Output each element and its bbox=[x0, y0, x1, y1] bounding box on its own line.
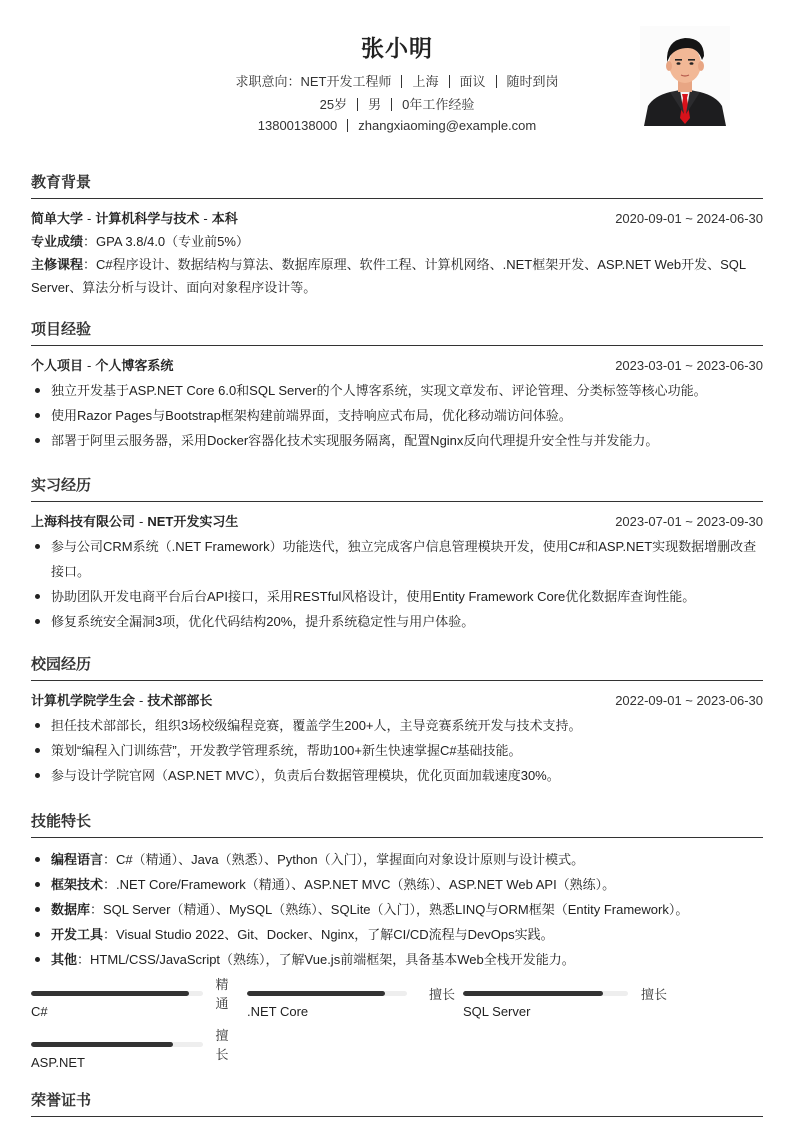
entry-header: 上海科技有限公司-NET开发实习生 2023-07-01 ~ 2023-09-3… bbox=[31, 512, 763, 532]
section-projects: 项目经验 个人项目-个人博客系统 2023-03-01 ~ 2023-06-30… bbox=[31, 319, 763, 453]
entry-header: 个人项目-个人博客系统 2023-03-01 ~ 2023-06-30 bbox=[31, 356, 763, 376]
divider bbox=[357, 98, 358, 111]
skill-name: ASP.NET bbox=[31, 1055, 241, 1070]
skill-text: ：Visual Studio 2022、Git、Docker、Nginx，了解C… bbox=[103, 927, 554, 942]
list-item: 参与公司CRM系统（.NET Framework）功能迭代，独立完成客户信息管理… bbox=[31, 534, 763, 584]
entry-header: 计算机学院学生会-技术部部长 2022-09-01 ~ 2023-06-30 bbox=[31, 691, 763, 711]
skill-fill bbox=[31, 991, 189, 996]
age: 25岁 bbox=[320, 97, 347, 112]
entry-date: 2020-09-01 ~ 2024-06-30 bbox=[615, 209, 763, 229]
skill-item: 数据库：SQL Server（精通）、MySQL（熟练）、SQLite（入门），… bbox=[31, 897, 763, 922]
skill-level: 擅长 bbox=[429, 984, 455, 1003]
bullet-list: 参与公司CRM系统（.NET Framework）功能迭代，独立完成客户信息管理… bbox=[31, 534, 763, 634]
divider bbox=[449, 75, 450, 88]
skill-text: ：.NET Core/Framework（精通）、ASP.NET MVC（熟练）… bbox=[103, 877, 615, 892]
salary: 面议 bbox=[460, 74, 486, 89]
entry-title: 计算机学院学生会-技术部部长 bbox=[31, 691, 212, 711]
entry-org: 计算机学院学生会 bbox=[31, 693, 135, 708]
divider bbox=[347, 119, 348, 132]
skill-item: 框架技术：.NET Core/Framework（精通）、ASP.NET MVC… bbox=[31, 872, 763, 897]
skill-item: 其他：HTML/CSS/JavaScript（熟练），了解Vue.js前端框架，… bbox=[31, 947, 763, 972]
major: 计算机科学与技术 bbox=[95, 211, 199, 226]
skill-text: ：C#（精通）、Java（熟悉）、Python（入门），掌握面向对象设计原则与设… bbox=[103, 852, 584, 867]
skill-label: 编程语言 bbox=[51, 852, 103, 867]
entry-role: 技术部部长 bbox=[147, 693, 212, 708]
skill-bar-csharp: 精通 C# bbox=[31, 985, 241, 1027]
entry-title: 上海科技有限公司-NET开发实习生 bbox=[31, 512, 238, 532]
separator: - bbox=[139, 693, 143, 708]
entry-header: 简单大学-计算机科学与技术-本科 2020-09-01 ~ 2024-06-30 bbox=[31, 209, 763, 229]
resume-page: 张小明 求职意向：NET开发工程师上海面议随时到岗 25岁男0年工作经验 138… bbox=[0, 0, 794, 1123]
school-name: 简单大学 bbox=[31, 211, 83, 226]
list-item: 部署于阿里云服务器，采用Docker容器化技术实现服务隔离，配置Nginx反向代… bbox=[31, 428, 763, 453]
skill-track bbox=[463, 991, 628, 996]
skill-bar-dotnet-core: 擅长 .NET Core bbox=[247, 985, 457, 1027]
divider bbox=[391, 98, 392, 111]
skill-level: 精通 bbox=[216, 974, 242, 1012]
skill-label: 数据库 bbox=[51, 902, 90, 917]
list-item: 协助团队开发电商平台后台API接口，采用RESTful风格设计，使用Entity… bbox=[31, 584, 763, 609]
avatar-illustration bbox=[640, 26, 730, 126]
degree: 本科 bbox=[212, 211, 238, 226]
entry-title: 个人项目-个人博客系统 bbox=[31, 356, 173, 376]
section-title: 校园经历 bbox=[31, 654, 763, 681]
work-experience: 0年工作经验 bbox=[402, 97, 474, 112]
skill-name: C# bbox=[31, 1004, 241, 1019]
section-skills: 技能特长 编程语言：C#（精通）、Java（熟悉）、Python（入门），掌握面… bbox=[31, 811, 763, 972]
skill-item: 编程语言：C#（精通）、Java（熟悉）、Python（入门），掌握面向对象设计… bbox=[31, 847, 763, 872]
section-honors: 荣誉证书 bbox=[31, 1090, 763, 1117]
email: zhangxiaoming@example.com bbox=[358, 118, 536, 133]
profile-photo bbox=[640, 26, 730, 126]
resume-header: 张小明 求职意向：NET开发工程师上海面议随时到岗 25岁男0年工作经验 138… bbox=[31, 0, 763, 160]
entry-date: 2023-07-01 ~ 2023-09-30 bbox=[615, 512, 763, 532]
separator: - bbox=[203, 211, 207, 226]
skill-fill bbox=[31, 1042, 173, 1047]
skill-text: ：SQL Server（精通）、MySQL（熟练）、SQLite（入门），熟悉L… bbox=[90, 902, 688, 917]
skill-text: ：HTML/CSS/JavaScript（熟练），了解Vue.js前端框架，具备… bbox=[77, 952, 575, 967]
separator: - bbox=[139, 514, 143, 529]
divider bbox=[496, 75, 497, 88]
section-title: 技能特长 bbox=[31, 811, 763, 838]
gpa-value: ：GPA 3.8/4.0（专业前5%） bbox=[83, 234, 249, 249]
skill-name: SQL Server bbox=[463, 1004, 673, 1019]
entry-date: 2023-03-01 ~ 2023-06-30 bbox=[615, 356, 763, 376]
courses-label: 主修课程 bbox=[31, 257, 83, 272]
list-item: 独立开发基于ASP.NET Core 6.0和SQL Server的个人博客系统… bbox=[31, 378, 763, 403]
bullet-list: 担任技术部部长，组织3场校级编程竞赛，覆盖学生200+人，主导竞赛系统开发与技术… bbox=[31, 713, 763, 788]
entry-role: NET开发实习生 bbox=[147, 514, 238, 529]
courses-value: ：C#程序设计、数据结构与算法、数据库原理、软件工程、计算机网络、.NET框架开… bbox=[31, 257, 746, 295]
list-item: 使用Razor Pages与Bootstrap框架构建前端界面，支持响应式布局，… bbox=[31, 403, 763, 428]
gpa-line: 专业成绩：GPA 3.8/4.0（专业前5%） bbox=[31, 230, 763, 253]
skill-item: 开发工具：Visual Studio 2022、Git、Docker、Nginx… bbox=[31, 922, 763, 947]
skill-bar-aspnet: 擅长 ASP.NET bbox=[31, 1036, 241, 1078]
skill-label: 开发工具 bbox=[51, 927, 103, 942]
list-item: 参与设计学院官网（ASP.NET MVC），负责后台数据管理模块，优化页面加载速… bbox=[31, 763, 763, 788]
entry-role: 个人博客系统 bbox=[95, 358, 173, 373]
skill-level: 擅长 bbox=[641, 984, 667, 1003]
skill-track bbox=[247, 991, 407, 996]
job-intent: 求职意向：NET开发工程师 bbox=[235, 74, 391, 89]
skill-bar-sql-server: 擅长 SQL Server bbox=[463, 985, 673, 1027]
section-campus: 校园经历 计算机学院学生会-技术部部长 2022-09-01 ~ 2023-06… bbox=[31, 654, 763, 788]
list-item: 修复系统安全漏洞3项，优化代码结构20%，提升系统稳定性与用户体验。 bbox=[31, 609, 763, 634]
entry-date: 2022-09-01 ~ 2023-06-30 bbox=[615, 691, 763, 711]
section-title: 教育背景 bbox=[31, 172, 763, 199]
entry-title: 简单大学-计算机科学与技术-本科 bbox=[31, 209, 238, 229]
skill-fill bbox=[247, 991, 385, 996]
gpa-label: 专业成绩 bbox=[31, 234, 83, 249]
skill-name: .NET Core bbox=[247, 1004, 457, 1019]
courses-line: 主修课程：C#程序设计、数据结构与算法、数据库原理、软件工程、计算机网络、.NE… bbox=[31, 253, 763, 299]
gender: 男 bbox=[368, 97, 381, 112]
availability: 随时到岗 bbox=[507, 74, 559, 89]
section-title: 项目经验 bbox=[31, 319, 763, 346]
entry-org: 上海科技有限公司 bbox=[31, 514, 135, 529]
skill-track bbox=[31, 991, 203, 996]
divider bbox=[401, 75, 402, 88]
separator: - bbox=[87, 358, 91, 373]
separator: - bbox=[87, 211, 91, 226]
skill-fill bbox=[463, 991, 603, 996]
skill-label: 框架技术 bbox=[51, 877, 103, 892]
bullet-list: 独立开发基于ASP.NET Core 6.0和SQL Server的个人博客系统… bbox=[31, 378, 763, 453]
location: 上海 bbox=[412, 74, 438, 89]
list-item: 担任技术部部长，组织3场校级编程竞赛，覆盖学生200+人，主导竞赛系统开发与技术… bbox=[31, 713, 763, 738]
skill-track bbox=[31, 1042, 203, 1047]
section-title: 荣誉证书 bbox=[31, 1090, 763, 1117]
skills-list: 编程语言：C#（精通）、Java（熟悉）、Python（入门），掌握面向对象设计… bbox=[31, 847, 763, 972]
skill-level: 擅长 bbox=[216, 1025, 242, 1063]
phone: 13800138000 bbox=[258, 118, 338, 133]
section-internship: 实习经历 上海科技有限公司-NET开发实习生 2023-07-01 ~ 2023… bbox=[31, 475, 763, 634]
skill-label: 其他 bbox=[51, 952, 77, 967]
entry-org: 个人项目 bbox=[31, 358, 83, 373]
list-item: 策划“编程入门训练营”，开发教学管理系统，帮助100+新生快速掌握C#基础技能。 bbox=[31, 738, 763, 763]
section-education: 教育背景 简单大学-计算机科学与技术-本科 2020-09-01 ~ 2024-… bbox=[31, 172, 763, 299]
section-title: 实习经历 bbox=[31, 475, 763, 502]
